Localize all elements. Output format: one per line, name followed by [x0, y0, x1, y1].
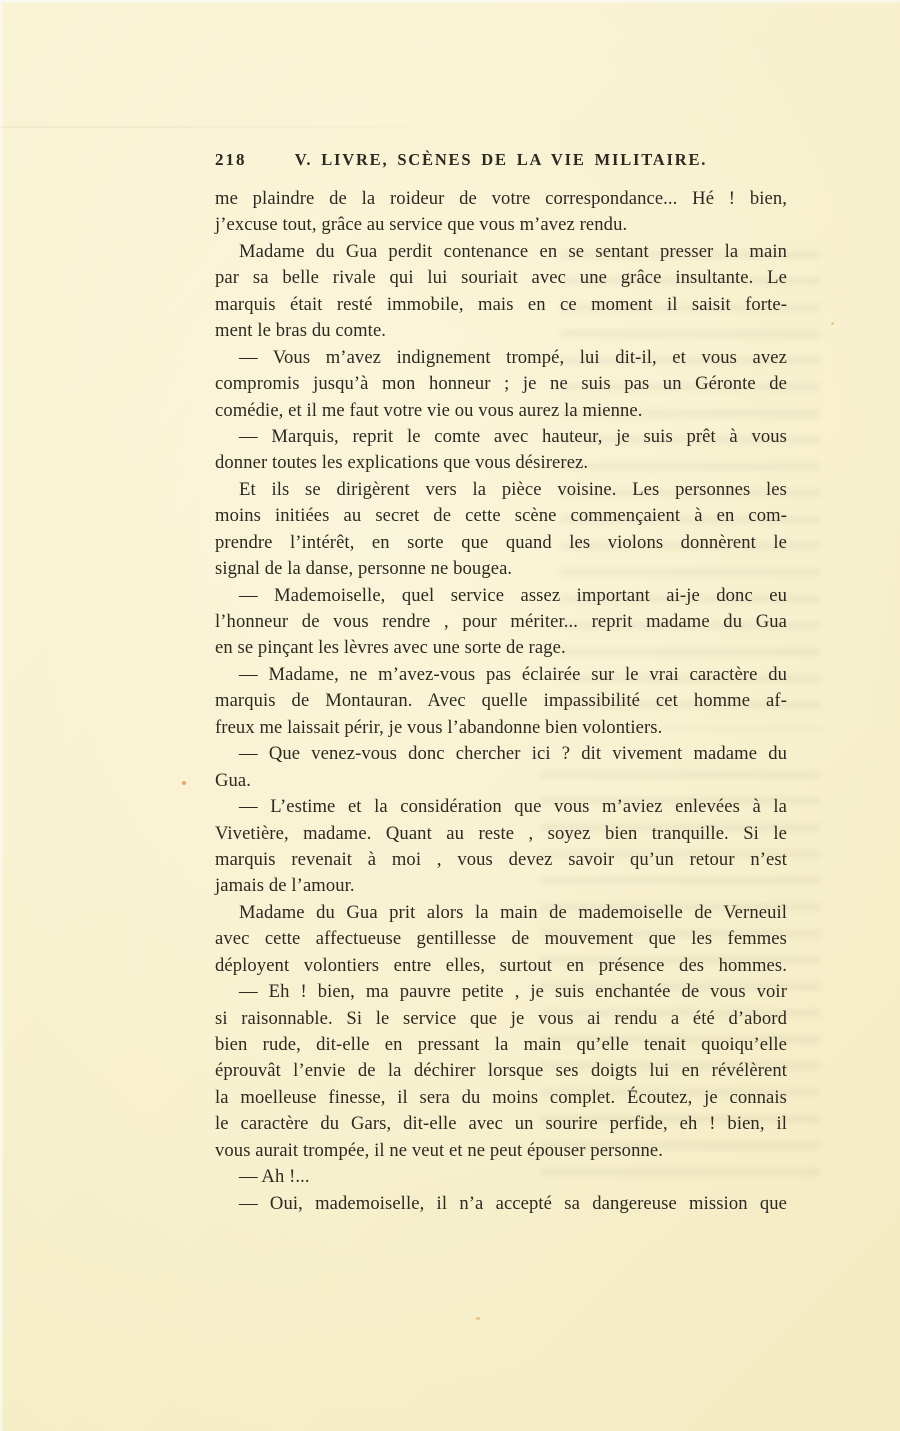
text-line: le caractère du Gars, dit-elle avec un s…: [215, 1111, 787, 1137]
running-head: V. LIVRE, SCÈNES DE LA VIE MILITAIRE.: [215, 150, 787, 170]
text-line: ment le bras du comte.: [215, 318, 787, 344]
text-line: déployent volontiers entre elles, surtou…: [215, 953, 787, 979]
text-line: j’excuse tout, grâce au service que vous…: [215, 212, 787, 238]
text-line: si raisonnable. Si le service que je vou…: [215, 1006, 787, 1032]
text-line: par sa belle rivale qui lui souriait ave…: [215, 265, 787, 291]
text-line: — Madame, ne m’avez-vous pas éclairée su…: [215, 662, 787, 688]
text-line: jamais de l’amour.: [215, 873, 787, 899]
text-block: me plaindre de la roideur de votre corre…: [215, 186, 787, 1217]
text-line: bien rude, dit-elle en pressant la main …: [215, 1032, 787, 1058]
text-line: — Eh ! bien, ma pauvre petite , je suis …: [215, 979, 787, 1005]
text-line: avec cette affectueuse gentillesse de mo…: [215, 926, 787, 952]
text-line: moins initiées au secret de cette scène …: [215, 503, 787, 529]
text-line: marquis revenait à moi , vous devez savo…: [215, 847, 787, 873]
text-line: la moelleuse finesse, il sera du moins c…: [215, 1085, 787, 1111]
text-line: — Marquis, reprit le comte avec hauteur,…: [215, 424, 787, 450]
text-line: Madame du Gua perdit contenance en se se…: [215, 239, 787, 265]
text-line: Vivetière, madame. Quant au reste , soye…: [215, 821, 787, 847]
text-line: — Que venez-vous donc chercher ici ? dit…: [215, 741, 787, 767]
text-line: compromis jusqu’à mon honneur ; je ne su…: [215, 371, 787, 397]
text-line: en se pinçant les lèvres avec une sorte …: [215, 635, 787, 661]
text-line: me plaindre de la roideur de votre corre…: [215, 186, 787, 212]
text-line: Et ils se dirigèrent vers la pièce voisi…: [215, 477, 787, 503]
text-line: l’honneur de vous rendre , pour mériter.…: [215, 609, 787, 635]
text-line: éprouvât l’envie de la déchirer lorsque …: [215, 1058, 787, 1084]
text-line: — Vous m’avez indignement trompé, lui di…: [215, 345, 787, 371]
text-line: — L’estime et la considération que vous …: [215, 794, 787, 820]
paper-speck: [182, 781, 186, 785]
text-line: prendre l’intérêt, en sorte que quand le…: [215, 530, 787, 556]
paper-crease: [0, 126, 470, 128]
scan-edge-top: [0, 0, 900, 4]
text-line: signal de la danse, personne ne bougea.: [215, 556, 787, 582]
paper-speck: [831, 322, 834, 325]
text-line: comédie, et il me faut votre vie ou vous…: [215, 398, 787, 424]
text-line: Madame du Gua prit alors la main de made…: [215, 900, 787, 926]
page-header: 218 V. LIVRE, SCÈNES DE LA VIE MILITAIRE…: [215, 149, 787, 173]
text-line: — Mademoiselle, quel service assez impor…: [215, 583, 787, 609]
book-page-scan: 218 V. LIVRE, SCÈNES DE LA VIE MILITAIRE…: [0, 0, 900, 1431]
text-line: vous aurait trompée, il ne veut et ne pe…: [215, 1138, 787, 1164]
text-line: — Oui, mademoiselle, il n’a accepté sa d…: [215, 1191, 787, 1217]
paper-speck: [476, 1317, 480, 1320]
scan-edge-left: [0, 0, 4, 1431]
text-line: Gua.: [215, 768, 787, 794]
text-line: — Ah !...: [215, 1164, 787, 1190]
text-line: donner toutes les explications que vous …: [215, 450, 787, 476]
text-line: marquis de Montauran. Avec quelle impass…: [215, 688, 787, 714]
text-line: marquis était resté immobile, mais en ce…: [215, 292, 787, 318]
text-line: freux me laissait périr, je vous l’aband…: [215, 715, 787, 741]
